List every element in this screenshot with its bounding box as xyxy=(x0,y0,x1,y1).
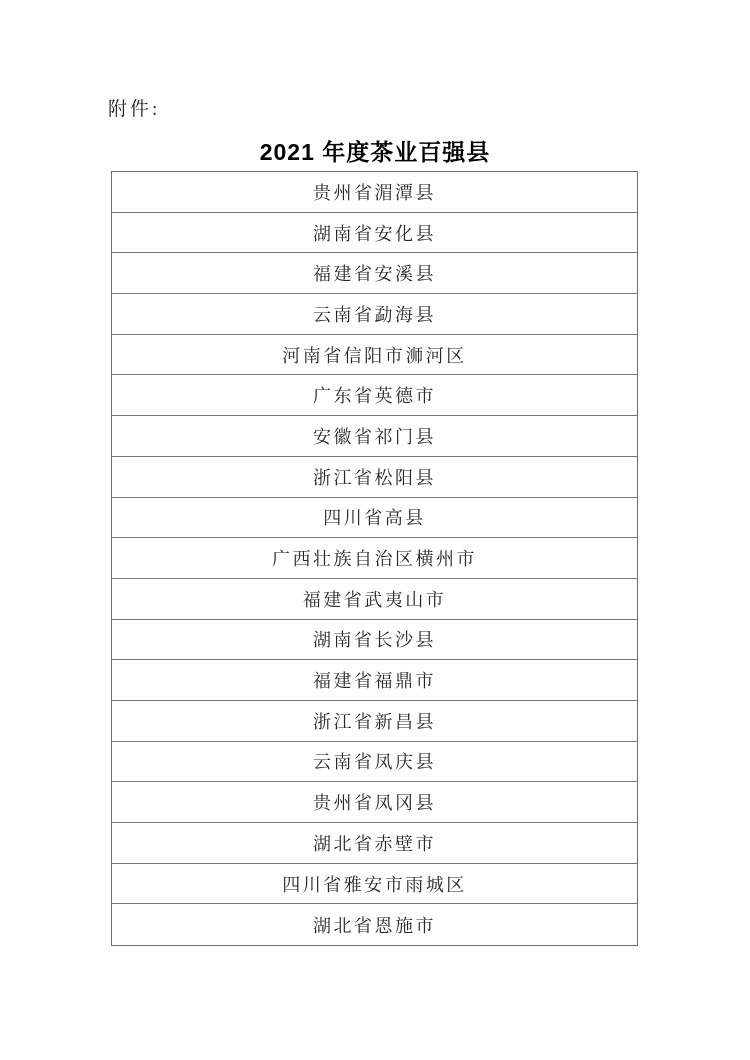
table-row: 浙江省松阳县 xyxy=(112,457,637,498)
table-row: 浙江省新昌县 xyxy=(112,701,637,742)
document-page: 附件: 2021 年度茶业百强县 贵州省湄潭县 湖南省安化县 福建省安溪县 云南… xyxy=(0,0,750,1060)
table-row: 广西壮族自治区横州市 xyxy=(112,538,637,579)
table-row: 安徽省祁门县 xyxy=(112,416,637,457)
table-row: 四川省雅安市雨城区 xyxy=(112,864,637,905)
county-table: 贵州省湄潭县 湖南省安化县 福建省安溪县 云南省勐海县 河南省信阳市浉河区 广东… xyxy=(111,171,638,946)
page-title: 2021 年度茶业百强县 xyxy=(0,134,750,167)
table-row: 湖北省赤壁市 xyxy=(112,823,637,864)
table-row: 湖北省恩施市 xyxy=(112,904,637,945)
table-row: 云南省勐海县 xyxy=(112,294,637,335)
table-row: 贵州省湄潭县 xyxy=(112,172,637,213)
table-row: 福建省安溪县 xyxy=(112,253,637,294)
table-row: 贵州省凤冈县 xyxy=(112,782,637,823)
table-row: 云南省凤庆县 xyxy=(112,742,637,783)
table-row: 湖南省安化县 xyxy=(112,213,637,254)
attachment-label: 附件: xyxy=(108,94,160,121)
table-row: 河南省信阳市浉河区 xyxy=(112,335,637,376)
table-row: 湖南省长沙县 xyxy=(112,620,637,661)
table-row: 广东省英德市 xyxy=(112,375,637,416)
table-row: 福建省福鼎市 xyxy=(112,660,637,701)
table-row: 福建省武夷山市 xyxy=(112,579,637,620)
table-row: 四川省高县 xyxy=(112,498,637,539)
